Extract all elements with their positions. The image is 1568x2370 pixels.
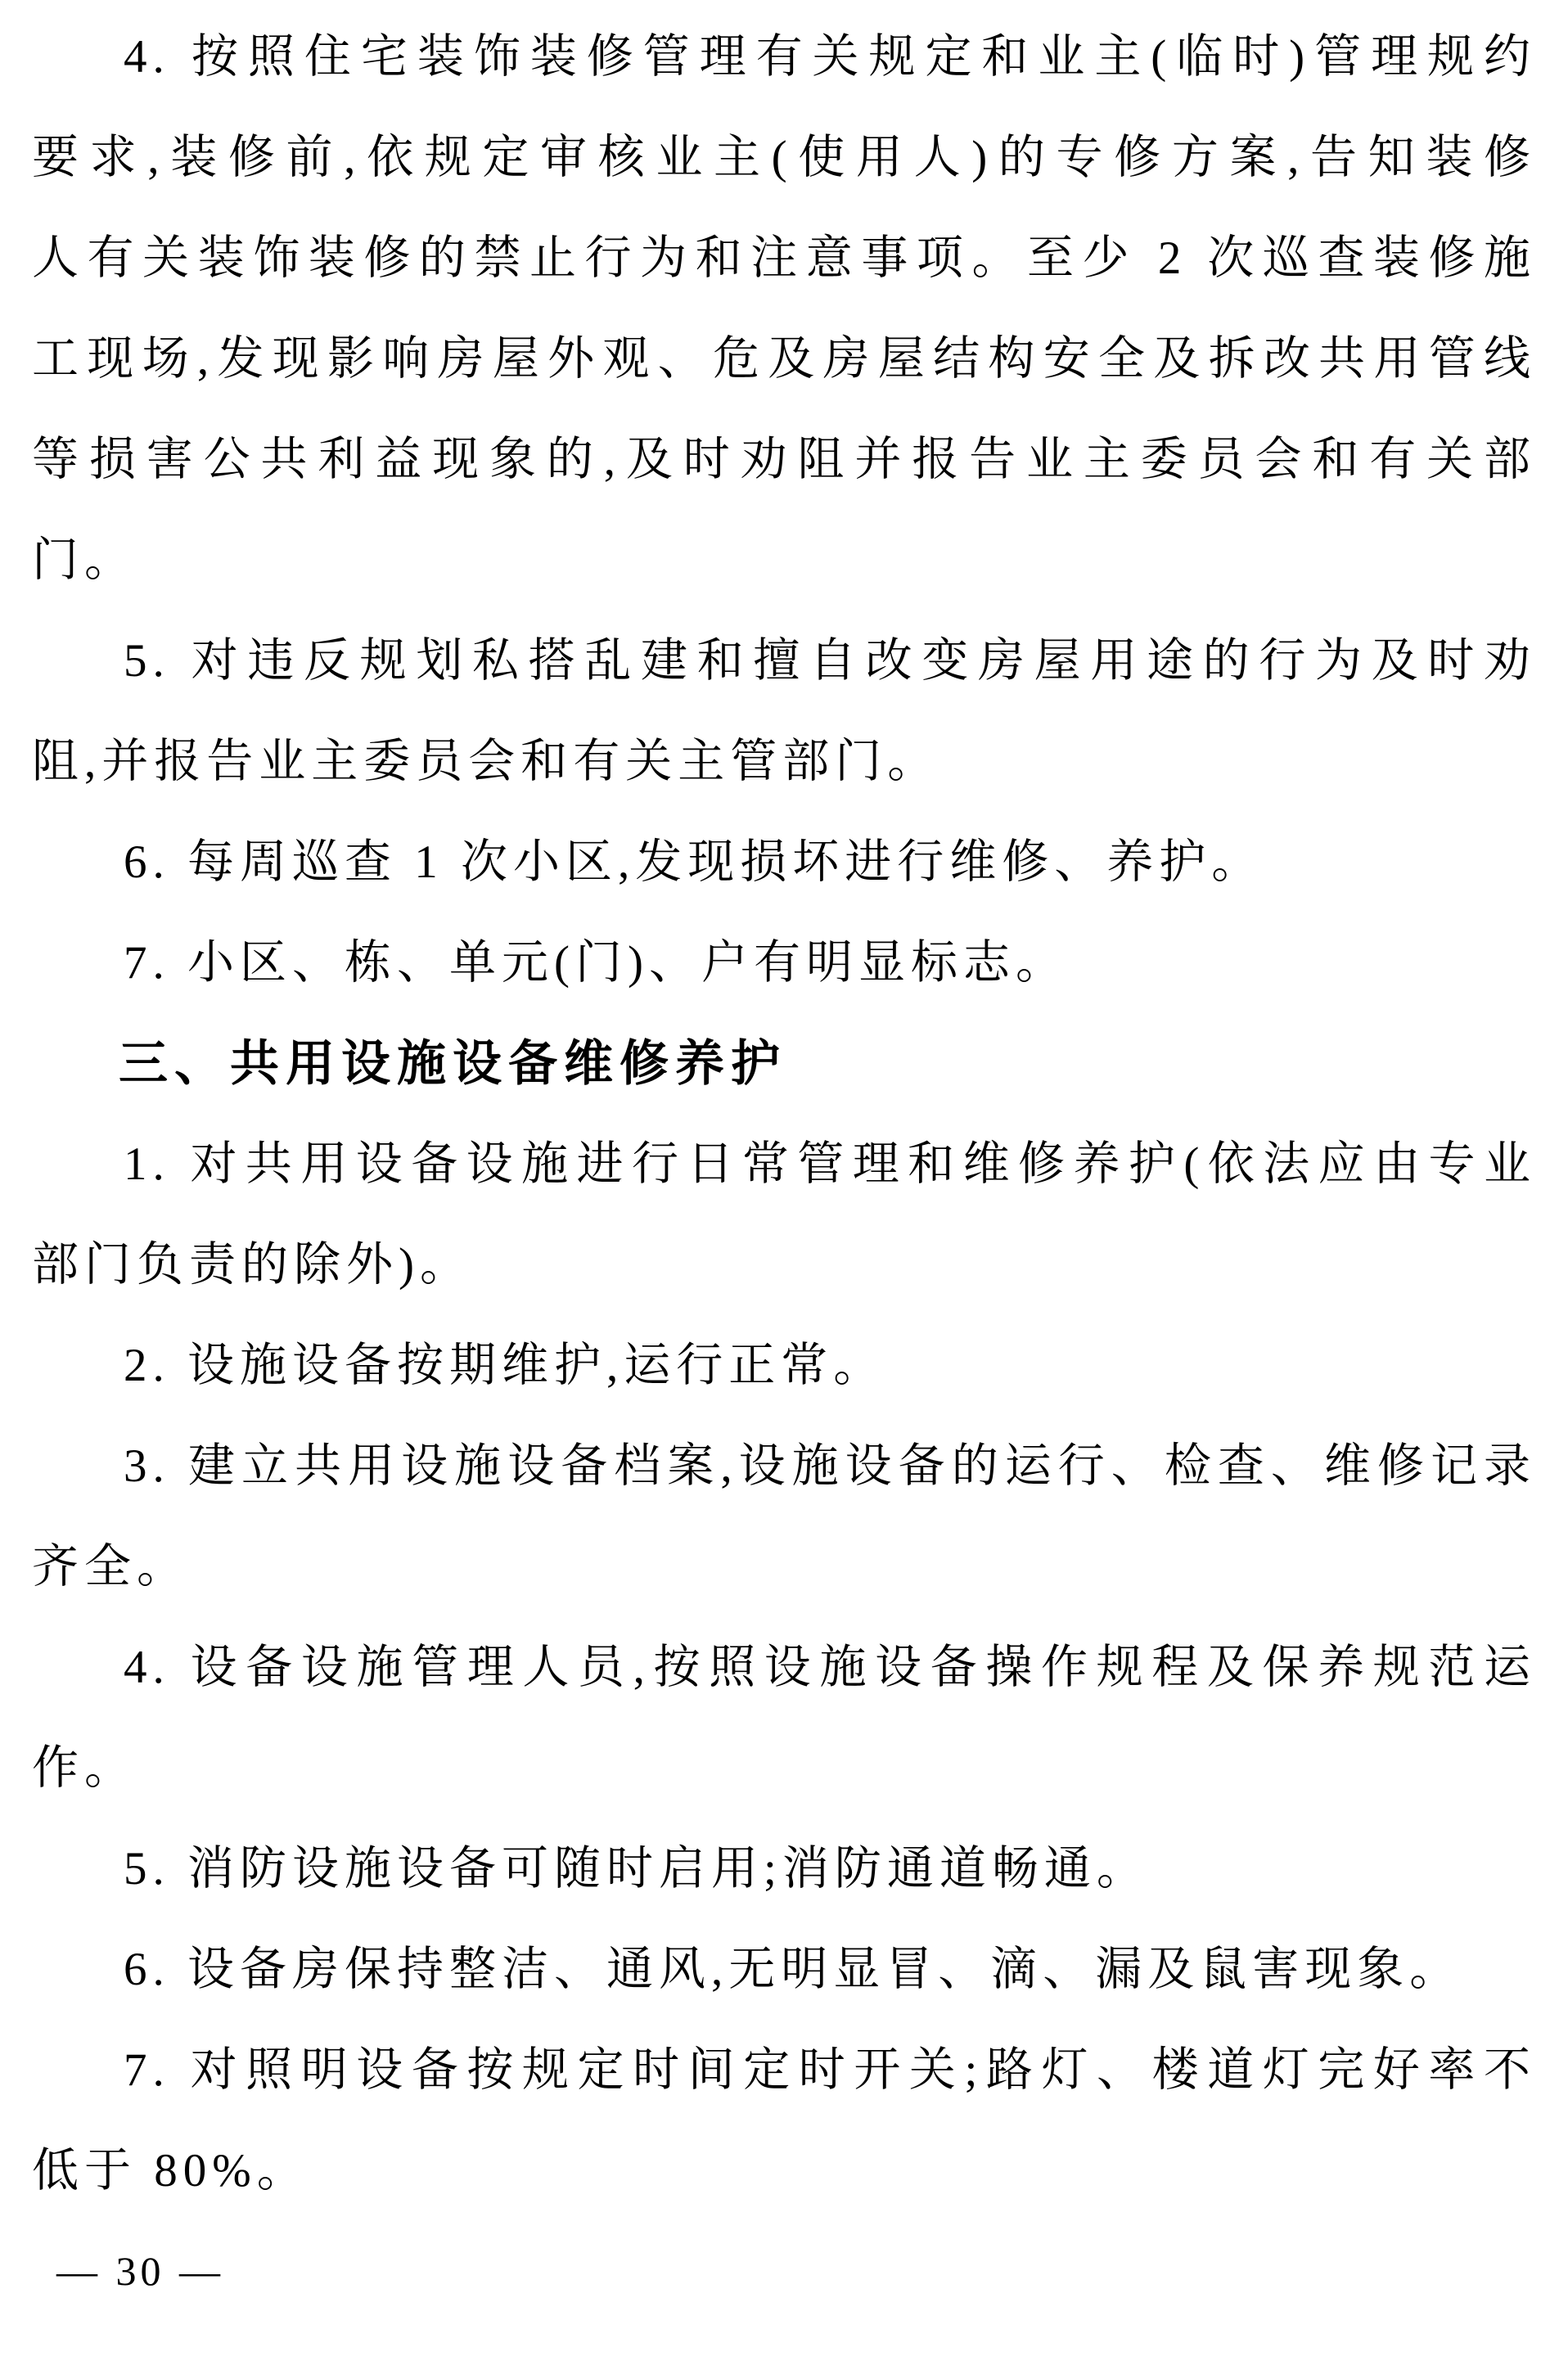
list-item-1-section3: 1. 对共用设备设施进行日常管理和维修养护(依法应由专业 部门负责的除外)。 — [32, 1114, 1536, 1315]
list-item-3-section3: 3. 建立共用设施设备档案,设施设备的运行、检查、维修记录 齐全。 — [32, 1416, 1536, 1617]
list-item-4-section2: 4. 按照住宅装饰装修管理有关规定和业主(临时)管理规约 要求,装修前,依规定审… — [32, 7, 1536, 611]
text-line: 人有关装饰装修的禁止行为和注意事项。至少 2 次巡查装修施 — [32, 208, 1536, 309]
text-line: 1. 对共用设备设施进行日常管理和维修养护(依法应由专业 — [32, 1114, 1536, 1214]
text-line: 3. 建立共用设施设备档案,设施设备的运行、检查、维修记录 — [32, 1416, 1536, 1516]
text-line: 门。 — [32, 510, 1536, 611]
text-line: 工现场,发现影响房屋外观、危及房屋结构安全及拆改共用管线 — [32, 309, 1536, 409]
text-line: 6. 设备房保持整洁、通风,无明显冒、滴、漏及鼠害现象。 — [32, 1919, 1536, 2020]
list-item-6-section3: 6. 设备房保持整洁、通风,无明显冒、滴、漏及鼠害现象。 — [32, 1919, 1536, 2020]
text-line: 7. 小区、栋、单元(门)、户有明显标志。 — [32, 912, 1536, 1013]
list-item-7-section2: 7. 小区、栋、单元(门)、户有明显标志。 — [32, 912, 1536, 1013]
section-heading-3: 三、共用设施设备维修养护 — [32, 1013, 1536, 1114]
text-line: 2. 设施设备按期维护,运行正常。 — [32, 1315, 1536, 1416]
text-line: 7. 对照明设备按规定时间定时开关;路灯、楼道灯完好率不 — [32, 2020, 1536, 2120]
text-line: 作。 — [32, 1718, 1536, 1818]
text-line: 6. 每周巡查 1 次小区,发现损坏进行维修、养护。 — [32, 812, 1536, 912]
list-item-4-section3: 4. 设备设施管理人员,按照设施设备操作规程及保养规范运 作。 — [32, 1617, 1536, 1818]
text-line: 5. 消防设施设备可随时启用;消防通道畅通。 — [32, 1818, 1536, 1919]
list-item-5-section2: 5. 对违反规划私搭乱建和擅自改变房屋用途的行为及时劝 阻,并报告业主委员会和有… — [32, 611, 1536, 812]
document-page: 4. 按照住宅装饰装修管理有关规定和业主(临时)管理规约 要求,装修前,依规定审… — [0, 0, 1568, 2370]
text-block: 4. 按照住宅装饰装修管理有关规定和业主(临时)管理规约 要求,装修前,依规定审… — [0, 0, 1568, 2322]
list-item-5-section3: 5. 消防设施设备可随时启用;消防通道畅通。 — [32, 1818, 1536, 1919]
section-heading-text: 三、共用设施设备维修养护 — [32, 1013, 1536, 1114]
text-line: 低于 80%。 — [32, 2120, 1536, 2221]
list-item-6-section2: 6. 每周巡查 1 次小区,发现损坏进行维修、养护。 — [32, 812, 1536, 912]
text-line: 5. 对违反规划私搭乱建和擅自改变房屋用途的行为及时劝 — [32, 611, 1536, 711]
text-line: 4. 设备设施管理人员,按照设施设备操作规程及保养规范运 — [32, 1617, 1536, 1718]
text-line: 要求,装修前,依规定审核业主(使用人)的专修方案,告知装修 — [32, 107, 1536, 208]
text-line: 等损害公共利益现象的,及时劝阻并报告业主委员会和有关部 — [32, 409, 1536, 510]
text-line: 部门负责的除外)。 — [32, 1214, 1536, 1315]
text-line: 4. 按照住宅装饰装修管理有关规定和业主(临时)管理规约 — [32, 7, 1536, 107]
list-item-7-section3: 7. 对照明设备按规定时间定时开关;路灯、楼道灯完好率不 低于 80%。 — [32, 2020, 1536, 2221]
list-item-2-section3: 2. 设施设备按期维护,运行正常。 — [32, 1315, 1536, 1416]
text-line: 齐全。 — [32, 1516, 1536, 1617]
page-number: — 30 — — [32, 2221, 1536, 2322]
text-line: 阻,并报告业主委员会和有关主管部门。 — [32, 711, 1536, 812]
